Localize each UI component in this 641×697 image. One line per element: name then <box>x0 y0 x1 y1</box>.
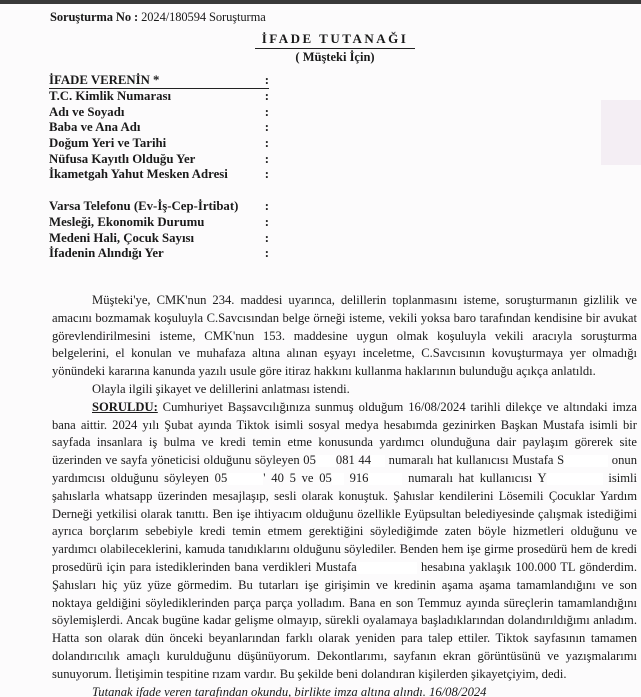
colon: : <box>261 105 269 121</box>
field-medeni-hal: Medeni Hali, Çocuk Sayısı : <box>49 231 269 247</box>
colon: : <box>261 89 269 105</box>
field-label: Baba ve Ana Adı <box>49 120 140 136</box>
colon: : <box>261 215 269 231</box>
redaction <box>371 455 385 467</box>
phone3-head: 916 <box>350 471 369 485</box>
statement-body: Müşteki'ye, CMK'nun 234. maddesi uyarınc… <box>52 292 637 697</box>
redaction <box>332 473 344 485</box>
top-edge-bar <box>0 0 641 4</box>
statement-text-4: numaralı hat kullanıcısı Y <box>402 471 546 485</box>
rights-paragraph: Müşteki'ye, CMK'nun 234. maddesi uyarınc… <box>52 292 637 381</box>
field-label: Varsa Telefonu (Ev-İş-Cep-İrtibat) <box>49 199 238 215</box>
colon: : <box>261 231 269 247</box>
field-nufus: Nüfusa Kayıtlı Olduğu Yer : <box>49 152 269 168</box>
field-ad-soyad: Adı ve Soyadı : <box>49 105 269 121</box>
field-label: Medeni Hali, Çocuk Sayısı <box>49 231 194 247</box>
field-ikametgah: İkametgah Yahut Mesken Adresi : <box>49 167 269 183</box>
colon: : <box>261 136 269 152</box>
colon: : <box>261 246 269 262</box>
soruldu-label: SORULDU: <box>92 400 158 414</box>
case-number-value: 2024/180594 Soruşturma <box>141 10 266 24</box>
phone1-tail: 081 44 <box>336 453 371 467</box>
colon: : <box>261 199 269 215</box>
field-label: T.C. Kimlik Numarası <box>49 89 171 105</box>
field-baba-ana: Baba ve Ana Adı : <box>49 120 269 136</box>
document-subtitle: ( Müşteki İçin) <box>255 50 415 65</box>
field-label: Mesleği, Ekonomik Durumu <box>49 215 204 231</box>
statement-text-2: numaralı hat kullanıcısı Mustafa S <box>385 453 564 467</box>
statement-text-6: hesabına yaklaşık 100.000 TL gönderdim. … <box>52 560 637 681</box>
redaction <box>564 455 608 467</box>
case-number-label: Soruşturma No : <box>50 10 138 24</box>
field-tc-kimlik: T.C. Kimlik Numarası : <box>49 89 269 105</box>
colon: : <box>261 73 269 88</box>
statement-paragraph: SORULDU: Cumhuriyet Başsavcılığınıza sun… <box>52 399 637 684</box>
redaction <box>357 562 417 574</box>
document-title: İFADE TUTANAĞI <box>255 31 415 49</box>
colon: : <box>261 152 269 168</box>
statement-text-5: isimli şahıslarla whatsapp üzerinden mes… <box>52 471 637 574</box>
fields-header: İFADE VERENİN * : <box>49 73 269 89</box>
redaction <box>368 473 402 485</box>
closing-line: Tutanak ifade veren tarafından okundu, b… <box>52 684 637 697</box>
fields-header-label: İFADE VERENİN * <box>49 73 159 88</box>
field-dogum: Doğum Yeri ve Tarihi : <box>49 136 269 152</box>
field-label: Doğum Yeri ve Tarihi <box>49 136 166 152</box>
field-label: İkametgah Yahut Mesken Adresi <box>49 167 228 183</box>
phone2-tail: ' 40 5 ve 05 <box>263 471 332 485</box>
colon: : <box>261 120 269 136</box>
request-paragraph: Olayla ilgili şikayet ve delillerini anl… <box>52 381 637 399</box>
case-number: Soruşturma No : 2024/180594 Soruşturma <box>50 10 266 25</box>
field-label: Nüfusa Kayıtlı Olduğu Yer <box>49 152 195 168</box>
field-label: İfadenin Alındığı Yer <box>49 246 164 262</box>
paper-shadow <box>601 100 641 165</box>
redaction <box>547 473 603 485</box>
field-label: Adı ve Soyadı <box>49 105 124 121</box>
field-ifade-yeri: İfadenin Alındığı Yer : <box>49 246 269 262</box>
deponent-fields: İFADE VERENİN * : T.C. Kimlik Numarası :… <box>49 73 269 262</box>
redaction <box>316 455 336 467</box>
colon: : <box>261 167 269 183</box>
field-telefon: Varsa Telefonu (Ev-İş-Cep-İrtibat) : <box>49 199 269 215</box>
redaction <box>227 473 263 485</box>
field-meslek: Mesleği, Ekonomik Durumu : <box>49 215 269 231</box>
